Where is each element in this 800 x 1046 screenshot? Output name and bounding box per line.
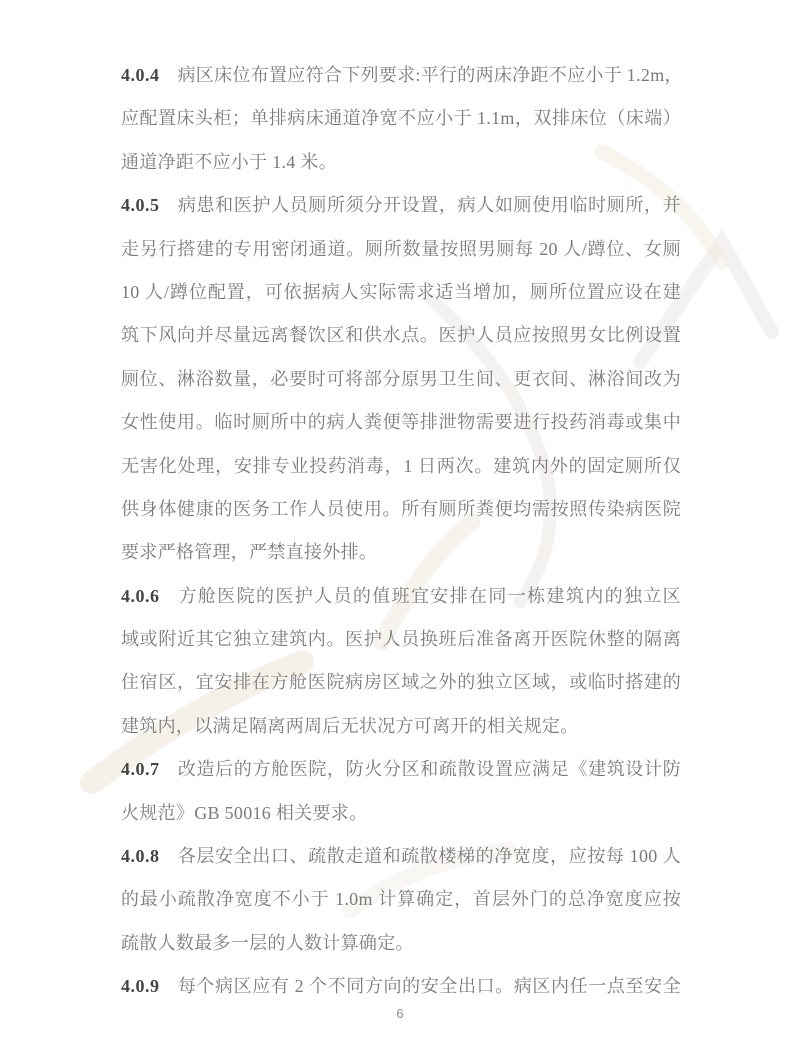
- document-body: 4.0.4病区床位布置应符合下列要求:平行的两床净距不应小于 1.2m，应配置床…: [121, 54, 681, 1009]
- text-line: 女性使用。临时厕所中的病人粪便等排泄物需要进行投药消毒或集中: [121, 401, 681, 444]
- paragraph: 4.0.4病区床位布置应符合下列要求:平行的两床净距不应小于 1.2m，应配置床…: [121, 54, 681, 184]
- line-text: 厕位、淋浴数量，必要时可将部分原男卫生间、更衣间、淋浴间改为: [121, 369, 681, 389]
- paragraph: 4.0.8各层安全出口、疏散走道和疏散楼梯的净宽度，应按每 100 人的最小疏散…: [121, 835, 681, 965]
- text-line: 建筑内，以满足隔离两周后无状况方可离开的相关规定。: [121, 705, 681, 748]
- text-line: 4.0.7改造后的方舱医院，防火分区和疏散设置应满足《建筑设计防: [121, 748, 681, 791]
- text-line: 筑下风向并尽量远离餐饮区和供水点。医护人员应按照男女比例设置: [121, 314, 681, 357]
- text-line: 供身体健康的医务工作人员使用。所有厕所粪便均需按照传染病医院: [121, 488, 681, 531]
- text-line: 应配置床头柜；单排病床通道净宽不应小于 1.1m，双排床位（床端）: [121, 97, 681, 140]
- line-text: 的最小疏散净宽度不小于 1.0m 计算确定，首层外门的总净宽度应按: [121, 889, 681, 909]
- section-number: 4.0.6: [121, 586, 160, 606]
- section-number: 4.0.7: [121, 759, 160, 779]
- text-line: 域或附近其它独立建筑内。医护人员换班后准备离开医院休整的隔离: [121, 618, 681, 661]
- text-line: 厕位、淋浴数量，必要时可将部分原男卫生间、更衣间、淋浴间改为: [121, 358, 681, 401]
- line-text: 住宿区，宜安排在方舱医院病房区域之外的独立区域，或临时搭建的: [121, 672, 681, 692]
- text-line: 火规范》GB 50016 相关要求。: [121, 792, 681, 835]
- line-text: 病区床位布置应符合下列要求:平行的两床净距不应小于 1.2m，: [178, 65, 682, 85]
- text-line: 通道净距不应小于 1.4 米。: [121, 141, 681, 184]
- line-text: 要求严格管理，严禁直接外排。: [121, 542, 377, 562]
- line-text: 应配置床头柜；单排病床通道净宽不应小于 1.1m，双排床位（床端）: [121, 108, 681, 128]
- line-text: 通道净距不应小于 1.4 米。: [121, 152, 337, 172]
- section-number: 4.0.4: [121, 65, 160, 85]
- document-page: 4.0.4病区床位布置应符合下列要求:平行的两床净距不应小于 1.2m，应配置床…: [0, 0, 800, 1046]
- line-text: 建筑内，以满足隔离两周后无状况方可离开的相关规定。: [121, 716, 579, 736]
- text-line: 走另行搭建的专用密闭通道。厕所数量按照男厕每 20 人/蹲位、女厕: [121, 228, 681, 271]
- text-line: 的最小疏散净宽度不小于 1.0m 计算确定，首层外门的总净宽度应按: [121, 878, 681, 921]
- text-line: 住宿区，宜安排在方舱医院病房区域之外的独立区域，或临时搭建的: [121, 661, 681, 704]
- line-text: 筑下风向并尽量远离餐饮区和供水点。医护人员应按照男女比例设置: [121, 325, 681, 345]
- line-text: 女性使用。临时厕所中的病人粪便等排泄物需要进行投药消毒或集中: [121, 412, 681, 432]
- line-text: 供身体健康的医务工作人员使用。所有厕所粪便均需按照传染病医院: [121, 499, 681, 519]
- line-text: 疏散人数最多一层的人数计算确定。: [121, 933, 414, 953]
- section-number: 4.0.5: [121, 195, 160, 215]
- paragraph: 4.0.5病患和医护人员厕所须分开设置，病人如厕使用临时厕所，并走另行搭建的专用…: [121, 184, 681, 575]
- line-text: 域或附近其它独立建筑内。医护人员换班后准备离开医院休整的隔离: [121, 629, 681, 649]
- text-line: 10 人/蹲位配置，可依据病人实际需求适当增加，厕所位置应设在建: [121, 271, 681, 314]
- text-line: 4.0.8各层安全出口、疏散走道和疏散楼梯的净宽度，应按每 100 人: [121, 835, 681, 878]
- line-text: 走另行搭建的专用密闭通道。厕所数量按照男厕每 20 人/蹲位、女厕: [121, 239, 681, 259]
- text-line: 4.0.5病患和医护人员厕所须分开设置，病人如厕使用临时厕所，并: [121, 184, 681, 227]
- section-number: 4.0.9: [121, 976, 160, 996]
- line-text: 病患和医护人员厕所须分开设置，病人如厕使用临时厕所，并: [178, 195, 682, 215]
- text-line: 疏散人数最多一层的人数计算确定。: [121, 922, 681, 965]
- line-text: 方舱医院的医护人员的值班宜安排在同一栋建筑内的独立区: [178, 586, 682, 606]
- paragraph: 4.0.9每个病区应有 2 个不同方向的安全出口。病区内任一点至安全: [121, 965, 681, 1008]
- paragraph: 4.0.6方舱医院的医护人员的值班宜安排在同一栋建筑内的独立区域或附近其它独立建…: [121, 575, 681, 749]
- page-number: 6: [0, 1006, 800, 1021]
- text-line: 4.0.9每个病区应有 2 个不同方向的安全出口。病区内任一点至安全: [121, 965, 681, 1008]
- text-line: 4.0.6方舱医院的医护人员的值班宜安排在同一栋建筑内的独立区: [121, 575, 681, 618]
- section-number: 4.0.8: [121, 846, 160, 866]
- line-text: 无害化处理，安排专业投药消毒，1 日两次。建筑内外的固定厕所仅: [121, 456, 681, 476]
- text-line: 要求严格管理，严禁直接外排。: [121, 531, 681, 574]
- line-text: 改造后的方舱医院，防火分区和疏散设置应满足《建筑设计防: [178, 759, 682, 779]
- text-line: 4.0.4病区床位布置应符合下列要求:平行的两床净距不应小于 1.2m，: [121, 54, 681, 97]
- paragraph: 4.0.7改造后的方舱医院，防火分区和疏散设置应满足《建筑设计防火规范》GB 5…: [121, 748, 681, 835]
- line-text: 火规范》GB 50016 相关要求。: [121, 803, 367, 823]
- line-text: 各层安全出口、疏散走道和疏散楼梯的净宽度，应按每 100 人: [178, 846, 682, 866]
- line-text: 每个病区应有 2 个不同方向的安全出口。病区内任一点至安全: [178, 976, 682, 996]
- line-text: 10 人/蹲位配置，可依据病人实际需求适当增加，厕所位置应设在建: [121, 282, 681, 302]
- text-line: 无害化处理，安排专业投药消毒，1 日两次。建筑内外的固定厕所仅: [121, 445, 681, 488]
